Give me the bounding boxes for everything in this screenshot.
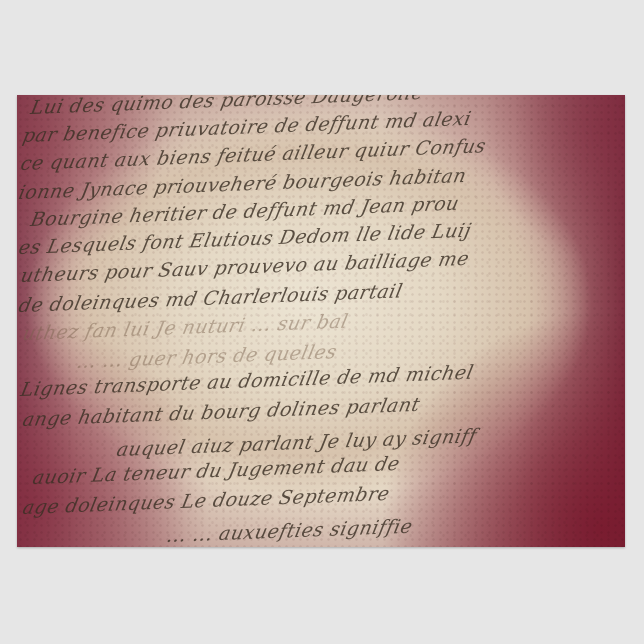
manuscript-text: Lui des quimo des paroisse Daugerolle pa… <box>17 95 625 547</box>
manuscript-paper: Lui des quimo des paroisse Daugerolle pa… <box>17 95 625 547</box>
manuscript-line: auquel aiuz parlant Je luy ay signiff <box>115 425 479 461</box>
manuscript-line: age doleinques Le douze Septembre <box>21 483 392 519</box>
manuscript-line: ange habitant du bourg dolines parlant <box>21 394 422 431</box>
manuscript-line: uthez fan lui Je nuturi ... sur bal <box>21 310 351 345</box>
manuscript-line: ... ... auxuefties signiffie <box>165 515 415 547</box>
